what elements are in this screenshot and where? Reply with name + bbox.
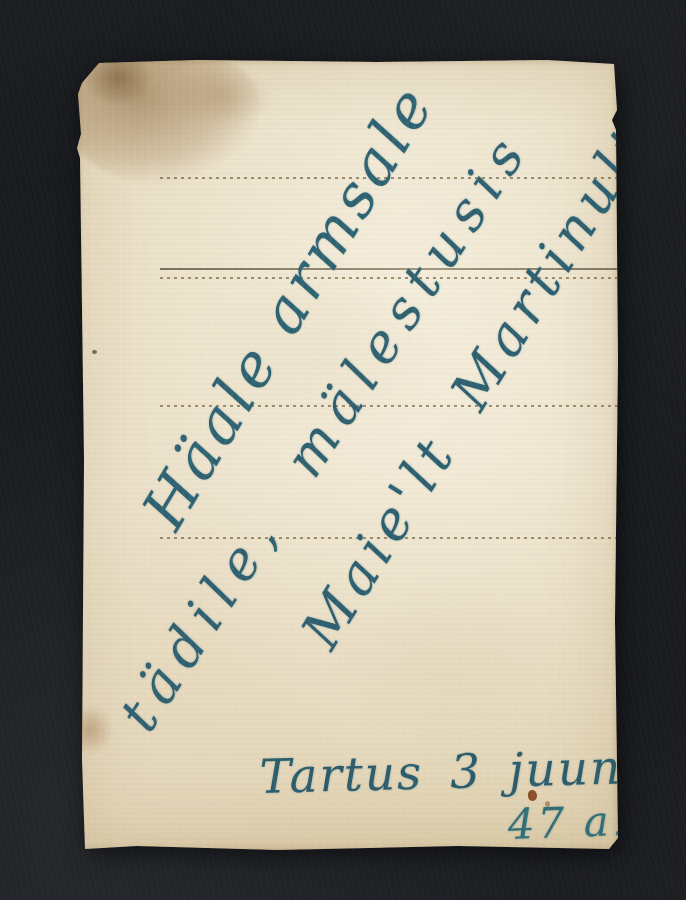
- corner-stain: [63, 44, 263, 184]
- left-edge-stain: [71, 706, 113, 754]
- postcard-back: Häale armsale tädile, mälestusis Maie'lt…: [77, 60, 618, 850]
- postcard: Häale armsale tädile, mälestusis Maie'lt…: [77, 60, 618, 850]
- handwriting-year: 47 a.: [507, 796, 629, 849]
- handwriting-place-date: Tartus 3 juuni: [259, 740, 640, 805]
- top-smudge-stain: [172, 66, 272, 126]
- photo-backdrop: Häale armsale tädile, mälestusis Maie'lt…: [0, 0, 686, 900]
- ink-speck: [92, 350, 97, 354]
- corner-stain-core: [83, 54, 153, 106]
